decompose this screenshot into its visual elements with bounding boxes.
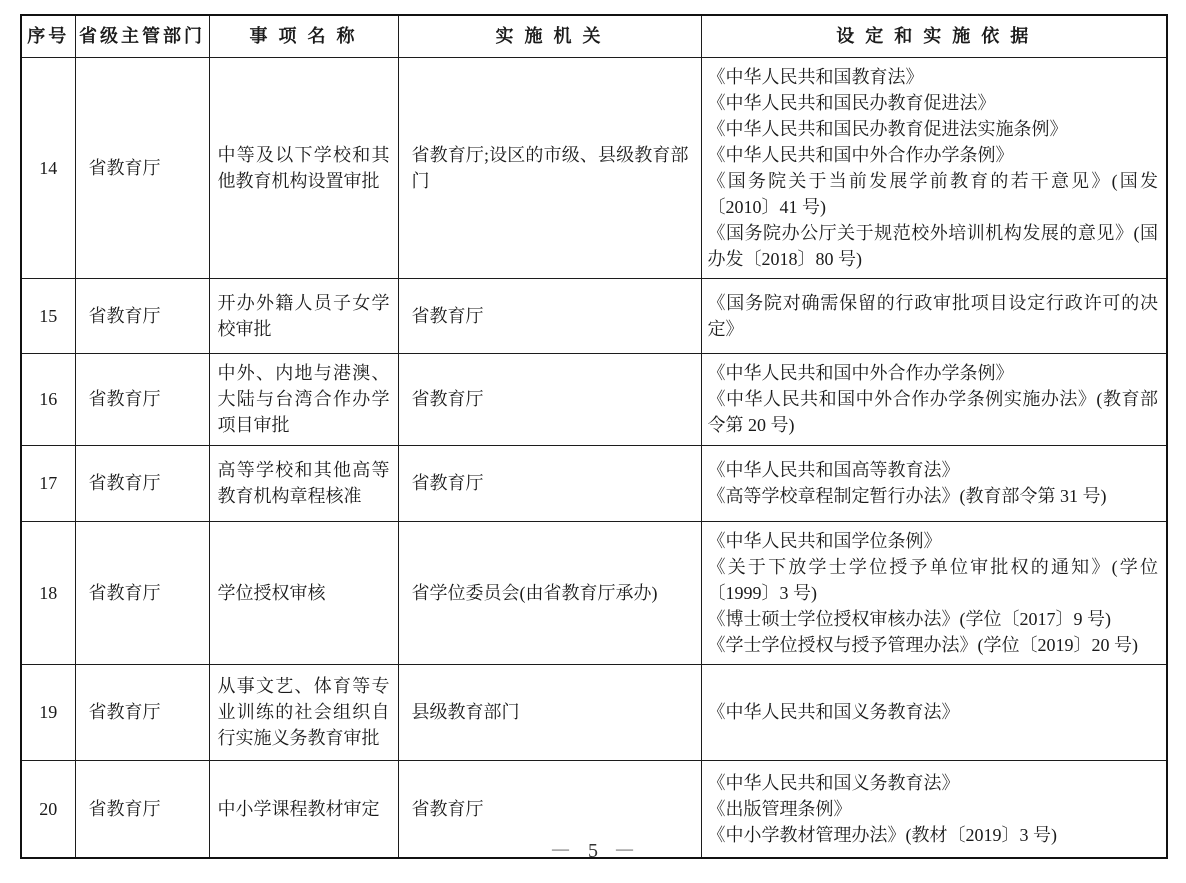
implementing-agency-cell-text: 县级教育部门 [412,699,689,725]
basis-line: 《中华人民共和国教育法》 [708,64,1159,90]
basis-line: 《中华人民共和国民办教育促进法实施条例》 [708,116,1159,142]
implementing-agency-cell: 省教育厅 [398,445,701,521]
header-implementing-agency: 实 施 机 关 [398,15,701,57]
basis-line: 《中华人民共和国义务教育法》 [708,699,1159,725]
basis-cell: 《中华人民共和国学位条例》《关于下放学士学位授予单位审批权的通知》(学位〔199… [701,521,1167,664]
table-row: 14省教育厅中等及以下学校和其他教育机构设置审批省教育厅;设区的市级、县级教育部… [21,57,1167,278]
footer-right-dash: — [616,839,634,858]
item-name-cell-text: 从事文艺、体育等专业训练的社会组织自行实施义务教育审批 [218,673,390,751]
department-cell-text: 省教育厅 [89,470,203,496]
basis-line: 《国务院办公厅关于规范校外培训机构发展的意见》(国办发〔2018〕80 号) [708,220,1159,272]
page-footer: —5— [0,840,1186,863]
department-cell: 省教育厅 [75,278,209,353]
department-cell: 省教育厅 [75,445,209,521]
implementing-agency-cell: 省学位委员会(由省教育厅承办) [398,521,701,664]
implementing-agency-cell-text: 省教育厅 [412,303,689,329]
implementing-agency-cell-text: 省教育厅;设区的市级、县级教育部门 [412,142,689,194]
table-row: 18省教育厅学位授权审核省学位委员会(由省教育厅承办)《中华人民共和国学位条例》… [21,521,1167,664]
basis-line: 《高等学校章程制定暂行办法》(教育部令第 31 号) [708,483,1159,509]
basis-line: 《中华人民共和国学位条例》 [708,528,1159,554]
department-cell-text: 省教育厅 [89,699,203,725]
basis-line: 《博士硕士学位授权审核办法》(学位〔2017〕9 号) [708,606,1159,632]
item-name-cell-text: 开办外籍人员子女学校审批 [218,290,390,342]
header-serial-number: 序号 [21,15,75,57]
table-row: 16省教育厅中外、内地与港澳、大陆与台湾合作办学项目审批省教育厅《中华人民共和国… [21,353,1167,445]
approval-items-table: 序号 省级主管部门 事 项 名 称 实 施 机 关 设 定 和 实 施 依 据 … [20,14,1168,859]
item-name-cell: 开办外籍人员子女学校审批 [209,278,398,353]
item-name-cell-text: 中外、内地与港澳、大陆与台湾合作办学项目审批 [218,360,390,438]
basis-line: 《中华人民共和国中外合作办学条例》 [708,360,1159,386]
basis-line: 《中华人民共和国中外合作办学条例》 [708,142,1159,168]
item-name-cell-text: 高等学校和其他高等教育机构章程核准 [218,457,390,509]
basis-cell: 《中华人民共和国教育法》《中华人民共和国民办教育促进法》《中华人民共和国民办教育… [701,57,1167,278]
row-number-cell: 19 [21,664,75,760]
basis-cell: 《国务院对确需保留的行政审批项目设定行政许可的决定》 [701,278,1167,353]
item-name-cell: 高等学校和其他高等教育机构章程核准 [209,445,398,521]
item-name-cell: 学位授权审核 [209,521,398,664]
implementing-agency-cell: 省教育厅 [398,353,701,445]
basis-line: 《国务院对确需保留的行政审批项目设定行政许可的决定》 [708,290,1159,342]
implementing-agency-cell-text: 省学位委员会(由省教育厅承办) [412,580,689,606]
table-row: 19省教育厅从事文艺、体育等专业训练的社会组织自行实施义务教育审批县级教育部门《… [21,664,1167,760]
implementing-agency-cell: 省教育厅 [398,278,701,353]
header-basis: 设 定 和 实 施 依 据 [701,15,1167,57]
row-number-cell: 16 [21,353,75,445]
document-page: 序号 省级主管部门 事 项 名 称 实 施 机 关 设 定 和 实 施 依 据 … [0,0,1186,883]
item-name-cell: 中外、内地与港澳、大陆与台湾合作办学项目审批 [209,353,398,445]
basis-line: 《出版管理条例》 [708,796,1159,822]
row-number-cell: 15 [21,278,75,353]
row-number-cell-text: 17 [24,470,73,496]
row-number-cell-text: 19 [24,699,73,725]
department-cell-text: 省教育厅 [89,580,203,606]
row-number-cell-text: 18 [24,580,73,606]
implementing-agency-cell: 县级教育部门 [398,664,701,760]
implementing-agency-cell-text: 省教育厅 [412,470,689,496]
implementing-agency-cell: 省教育厅;设区的市级、县级教育部门 [398,57,701,278]
basis-line: 《国务院关于当前发展学前教育的若干意见》(国发〔2010〕41 号) [708,168,1159,220]
basis-line: 《中华人民共和国民办教育促进法》 [708,90,1159,116]
implementing-agency-cell-text: 省教育厅 [412,386,689,412]
department-cell-text: 省教育厅 [89,155,203,181]
header-row: 序号 省级主管部门 事 项 名 称 实 施 机 关 设 定 和 实 施 依 据 [21,15,1167,57]
basis-cell: 《中华人民共和国义务教育法》 [701,664,1167,760]
basis-line: 《中华人民共和国义务教育法》 [708,770,1159,796]
item-name-cell-text: 中小学课程教材审定 [218,796,390,822]
department-cell-text: 省教育厅 [89,796,203,822]
header-provincial-department: 省级主管部门 [75,15,209,57]
page-number: 5 [588,840,598,862]
item-name-cell-text: 中等及以下学校和其他教育机构设置审批 [218,142,390,194]
row-number-cell: 18 [21,521,75,664]
row-number-cell: 17 [21,445,75,521]
footer-left-dash: — [552,839,570,858]
department-cell-text: 省教育厅 [89,386,203,412]
row-number-cell-text: 16 [24,386,73,412]
item-name-cell-text: 学位授权审核 [218,580,390,606]
basis-line: 《中华人民共和国中外合作办学条例实施办法》(教育部令第 20 号) [708,386,1159,438]
department-cell: 省教育厅 [75,57,209,278]
header-item-name: 事 项 名 称 [209,15,398,57]
basis-cell: 《中华人民共和国高等教育法》《高等学校章程制定暂行办法》(教育部令第 31 号) [701,445,1167,521]
basis-cell: 《中华人民共和国中外合作办学条例》《中华人民共和国中外合作办学条例实施办法》(教… [701,353,1167,445]
implementing-agency-cell-text: 省教育厅 [412,796,689,822]
department-cell: 省教育厅 [75,664,209,760]
row-number-cell-text: 15 [24,303,73,329]
department-cell: 省教育厅 [75,353,209,445]
basis-line: 《中华人民共和国高等教育法》 [708,457,1159,483]
basis-line: 《关于下放学士学位授予单位审批权的通知》(学位〔1999〕3 号) [708,554,1159,606]
row-number-cell-text: 20 [24,796,73,822]
department-cell-text: 省教育厅 [89,303,203,329]
basis-line: 《学士学位授权与授予管理办法》(学位〔2019〕20 号) [708,632,1159,658]
table-row: 17省教育厅高等学校和其他高等教育机构章程核准省教育厅《中华人民共和国高等教育法… [21,445,1167,521]
item-name-cell: 中等及以下学校和其他教育机构设置审批 [209,57,398,278]
department-cell: 省教育厅 [75,521,209,664]
row-number-cell: 14 [21,57,75,278]
table-row: 15省教育厅开办外籍人员子女学校审批省教育厅《国务院对确需保留的行政审批项目设定… [21,278,1167,353]
row-number-cell-text: 14 [24,155,73,181]
item-name-cell: 从事文艺、体育等专业训练的社会组织自行实施义务教育审批 [209,664,398,760]
